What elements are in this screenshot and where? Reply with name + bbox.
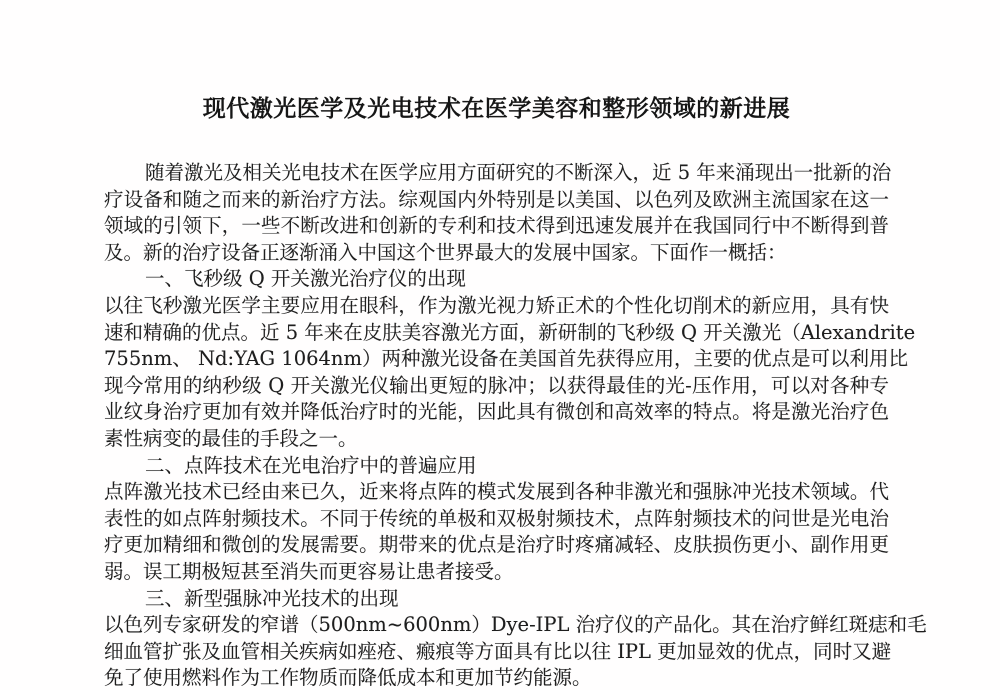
text-line: 业纹身治疗更加有效并降低治疗时的光能，因此具有微创和高效率的特点。将是激光治疗色 (104, 399, 889, 426)
document-title: 现代激光医学及光电技术在医学美容和整形领域的新进展 (104, 90, 889, 123)
text-line: 随着激光及相关光电技术在医学应用方面研究的不断深入，近 5 年来涌现出一批新的治 (104, 160, 889, 187)
text-line: 素性病变的最佳的手段之一。 (104, 426, 889, 453)
text-line: 点阵激光技术已经由来已久，近来将点阵的模式发展到各种非激光和强脉冲光技术领域。代 (104, 479, 889, 506)
scanned-document-page: 现代激光医学及光电技术在医学美容和整形领域的新进展 随着激光及相关光电技术在医学… (0, 0, 1000, 690)
text-line: 细血管扩张及血管相关疾病如痤疮、瘢痕等方面具有比以往 IPL 更加显效的优点，同… (104, 639, 889, 666)
text-line: 表性的如点阵射频技术。不同于传统的单极和双极射频技术，点阵射频技术的问世是光电治 (104, 506, 889, 533)
document-body: 随着激光及相关光电技术在医学应用方面研究的不断深入，近 5 年来涌现出一批新的治… (104, 160, 889, 690)
text-line: 疗更加精细和微创的发展需要。期带来的优点是治疗时疼痛减轻、皮肤损伤更小、副作用更 (104, 532, 889, 559)
text-line: 领域的引领下，一些不断改进和创新的专利和技术得到迅速发展并在我国同行中不断得到普 (104, 213, 889, 240)
text-line: 免了使用燃料作为工作物质而降低成本和更加节约能源。 (104, 665, 889, 690)
section-heading: 二、点阵技术在光电治疗中的普遍应用 (104, 453, 889, 480)
text-line: 现今常用的纳秒级 Q 开关激光仪输出更短的脉冲；以获得最佳的光-压作用，可以对各… (104, 373, 889, 400)
text-line: 速和精确的优点。近 5 年来在皮肤美容激光方面，新研制的飞秒级 Q 开关激光（A… (104, 320, 889, 347)
text-line: 疗设备和随之而来的新治疗方法。综观国内外特别是以美国、以色列及欧洲主流国家在这一 (104, 187, 889, 214)
text-line: 弱。误工期极短甚至消失而更容易让患者接受。 (104, 559, 889, 586)
text-line: 以色列专家研发的窄谱（500nm~600nm）Dye-IPL 治疗仪的产品化。其… (104, 612, 889, 639)
section-heading: 三、新型强脉冲光技术的出现 (104, 586, 889, 613)
text-line: 755nm、 Nd:YAG 1064nm）两种激光设备在美国首先获得应用，主要的… (104, 346, 889, 373)
text-line: 以往飞秒激光医学主要应用在眼科，作为激光视力矫正术的个性化切削术的新应用，具有快 (104, 293, 889, 320)
text-line: 及。新的治疗设备正逐渐涌入中国这个世界最大的发展中国家。下面作一概括： (104, 240, 889, 267)
section-heading: 一、飞秒级 Q 开关激光治疗仪的出现 (104, 266, 889, 293)
